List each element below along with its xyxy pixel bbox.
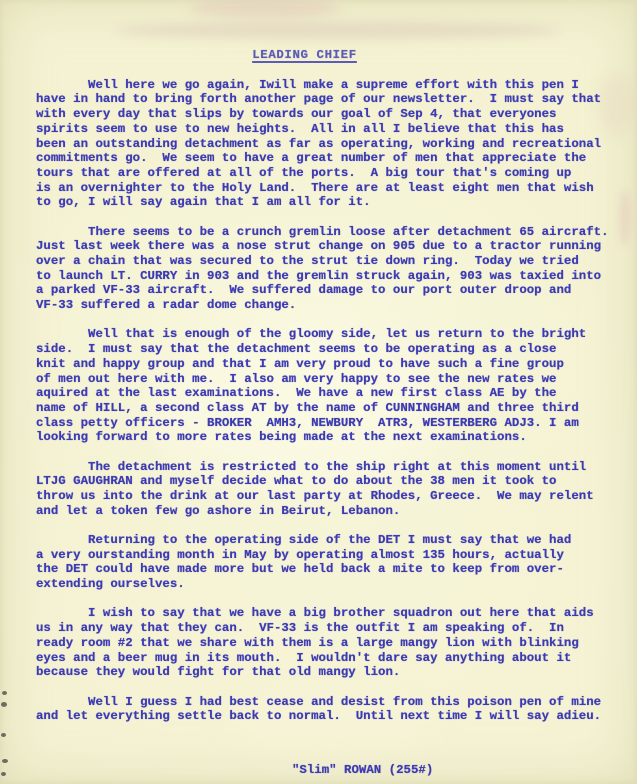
signature-line: "Slim" ROWAN (255#): [36, 763, 619, 778]
paragraph-closing: Well I guess I had best cease and desist…: [36, 695, 619, 724]
scan-speck: [1, 733, 6, 737]
scanned-letter-page: LEADING CHIEF Well here we go again, Iwi…: [0, 0, 637, 784]
scan-speck: [1, 702, 7, 707]
letter-body: LEADING CHIEF Well here we go again, Iwi…: [36, 48, 619, 778]
paragraph-operating: Returning to the operating side of the D…: [36, 533, 619, 592]
paragraph-restricted: The detachment is restricted to the ship…: [36, 460, 619, 519]
scan-speck: [1, 772, 6, 776]
paragraph-crunch-gremlin: There seems to be a crunch gremlin loose…: [36, 225, 619, 313]
paragraph-bright-side: Well that is enough of the gloomy side, …: [36, 327, 619, 445]
paragraph-intro: Well here we go again, Iwill make a supr…: [36, 78, 619, 210]
letter-title: LEADING CHIEF: [252, 48, 356, 63]
bleedthrough-band: [115, 22, 560, 39]
bleedthrough-smudge-top: [190, 0, 340, 18]
paragraph-big-brother: I wish to say that we have a big brother…: [36, 606, 619, 680]
scan-speck: [2, 691, 7, 695]
scan-speck: [2, 759, 8, 763]
edge-stain-right-mid: [619, 190, 631, 245]
